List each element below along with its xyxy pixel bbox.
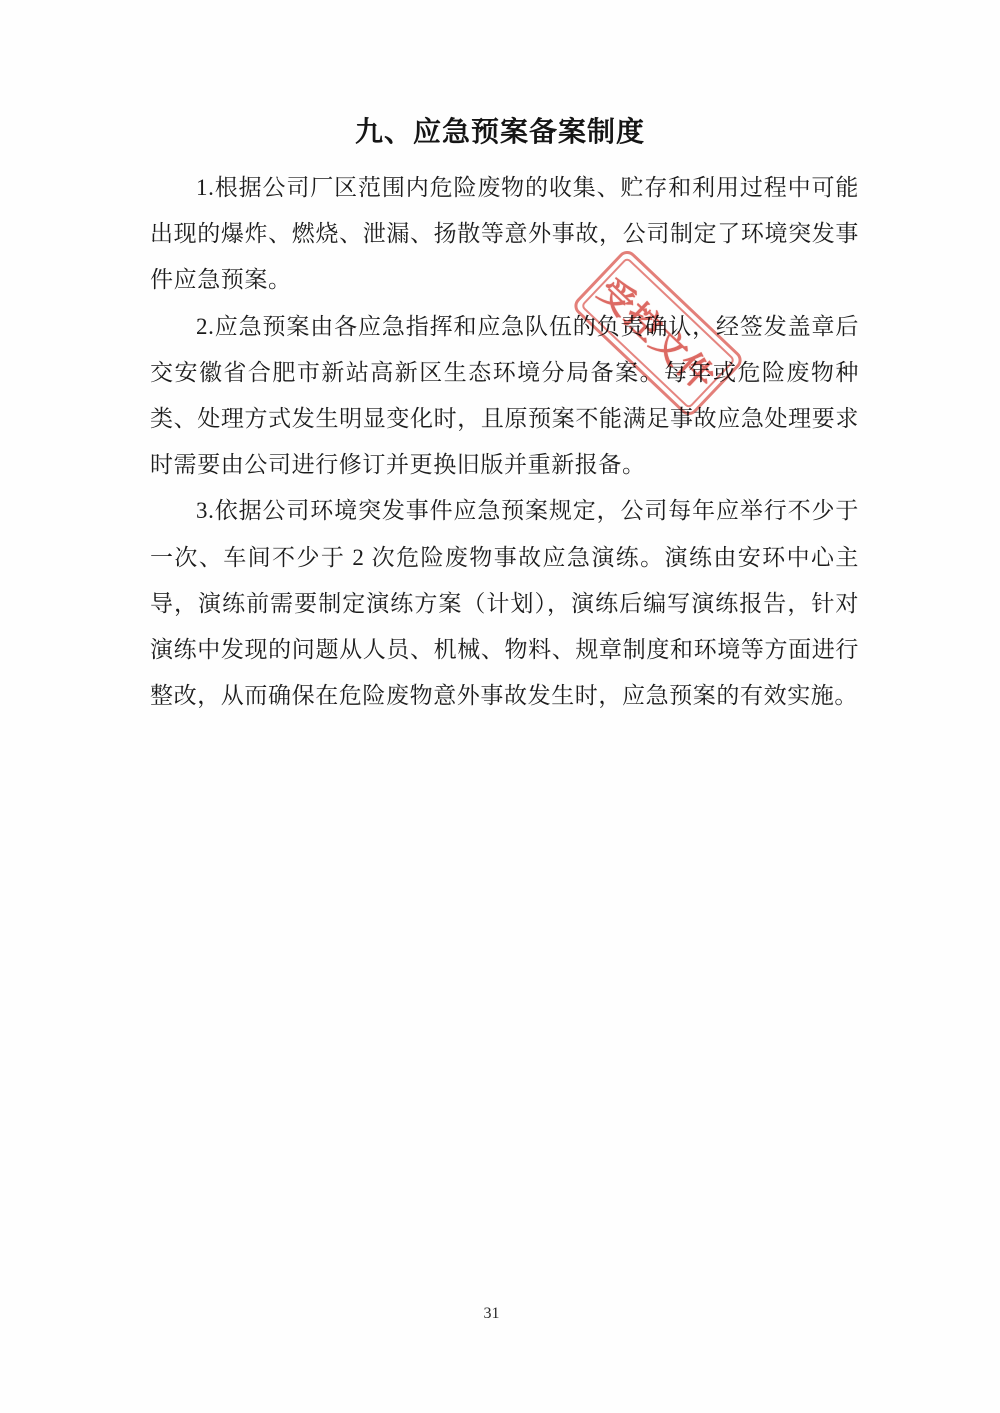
document-page: 九、应急预案备案制度 1.根据公司厂区范围内危险废物的收集、贮存和利用过程中可能… [0,0,1000,1413]
paragraph-2: 2.应急预案由各应急指挥和应急队伍的负责确认，经签发盖章后交安徽省合肥市新站高新… [150,304,859,489]
page-number: 31 [0,1305,983,1323]
page-title: 九、应急预案备案制度 [0,110,1000,150]
paragraph-3: 3.依据公司环境突发事件应急预案规定，公司每年应举行不少于一次、车间不少于 2 … [150,488,859,719]
paragraph-1: 1.根据公司厂区范围内危险废物的收集、贮存和利用过程中可能出现的爆炸、燃烧、泄漏… [150,165,859,304]
document-body: 1.根据公司厂区范围内危险废物的收集、贮存和利用过程中可能出现的爆炸、燃烧、泄漏… [150,165,859,719]
